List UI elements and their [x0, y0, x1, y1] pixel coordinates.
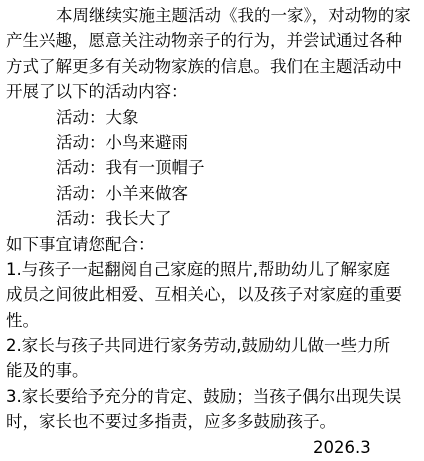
cooperation-item-line: 时，家长也不要过多指责，应多多鼓励孩子。 [6, 409, 420, 434]
cooperation-item-line: 1.与孩子一起翻阅自己家庭的照片,帮助幼儿了解家庭 [6, 257, 420, 282]
cooperation-item-line: 性。 [6, 308, 420, 333]
cooperation-item-line: 2.家长与孩子共同进行家务劳动,鼓励幼儿做一些力所 [6, 333, 420, 358]
weekly-plan-document: 本周继续实施主题活动《我的一家》，对动物的家 产生兴趣，愿意关注动物亲子的行为，… [0, 0, 424, 461]
intro-line: 开展了以下的活动内容： [6, 79, 420, 104]
cooperation-heading: 如下事宜请您配合： [6, 232, 420, 257]
cooperation-item-line: 能及的事。 [6, 358, 420, 383]
activity-item: 活动：大象 [6, 105, 420, 130]
cooperation-item-line: 3.家长要给予充分的肯定、鼓励；当孩子偶尔出现失误 [6, 384, 420, 409]
activity-item: 活动：小鸟来避雨 [6, 130, 420, 155]
cooperation-item-line: 成员之间彼此相爱、互相关心，以及孩子对家庭的重要 [6, 282, 420, 307]
document-date: 2026.3 [6, 435, 420, 460]
activity-item: 活动：我长大了 [6, 206, 420, 231]
intro-line: 本周继续实施主题活动《我的一家》，对动物的家 [6, 3, 420, 28]
activity-item: 活动：我有一顶帽子 [6, 155, 420, 180]
intro-line: 产生兴趣，愿意关注动物亲子的行为，并尝试通过各种 [6, 28, 420, 53]
activity-item: 活动：小羊来做客 [6, 181, 420, 206]
intro-line: 方式了解更多有关动物家族的信息。我们在主题活动中 [6, 54, 420, 79]
